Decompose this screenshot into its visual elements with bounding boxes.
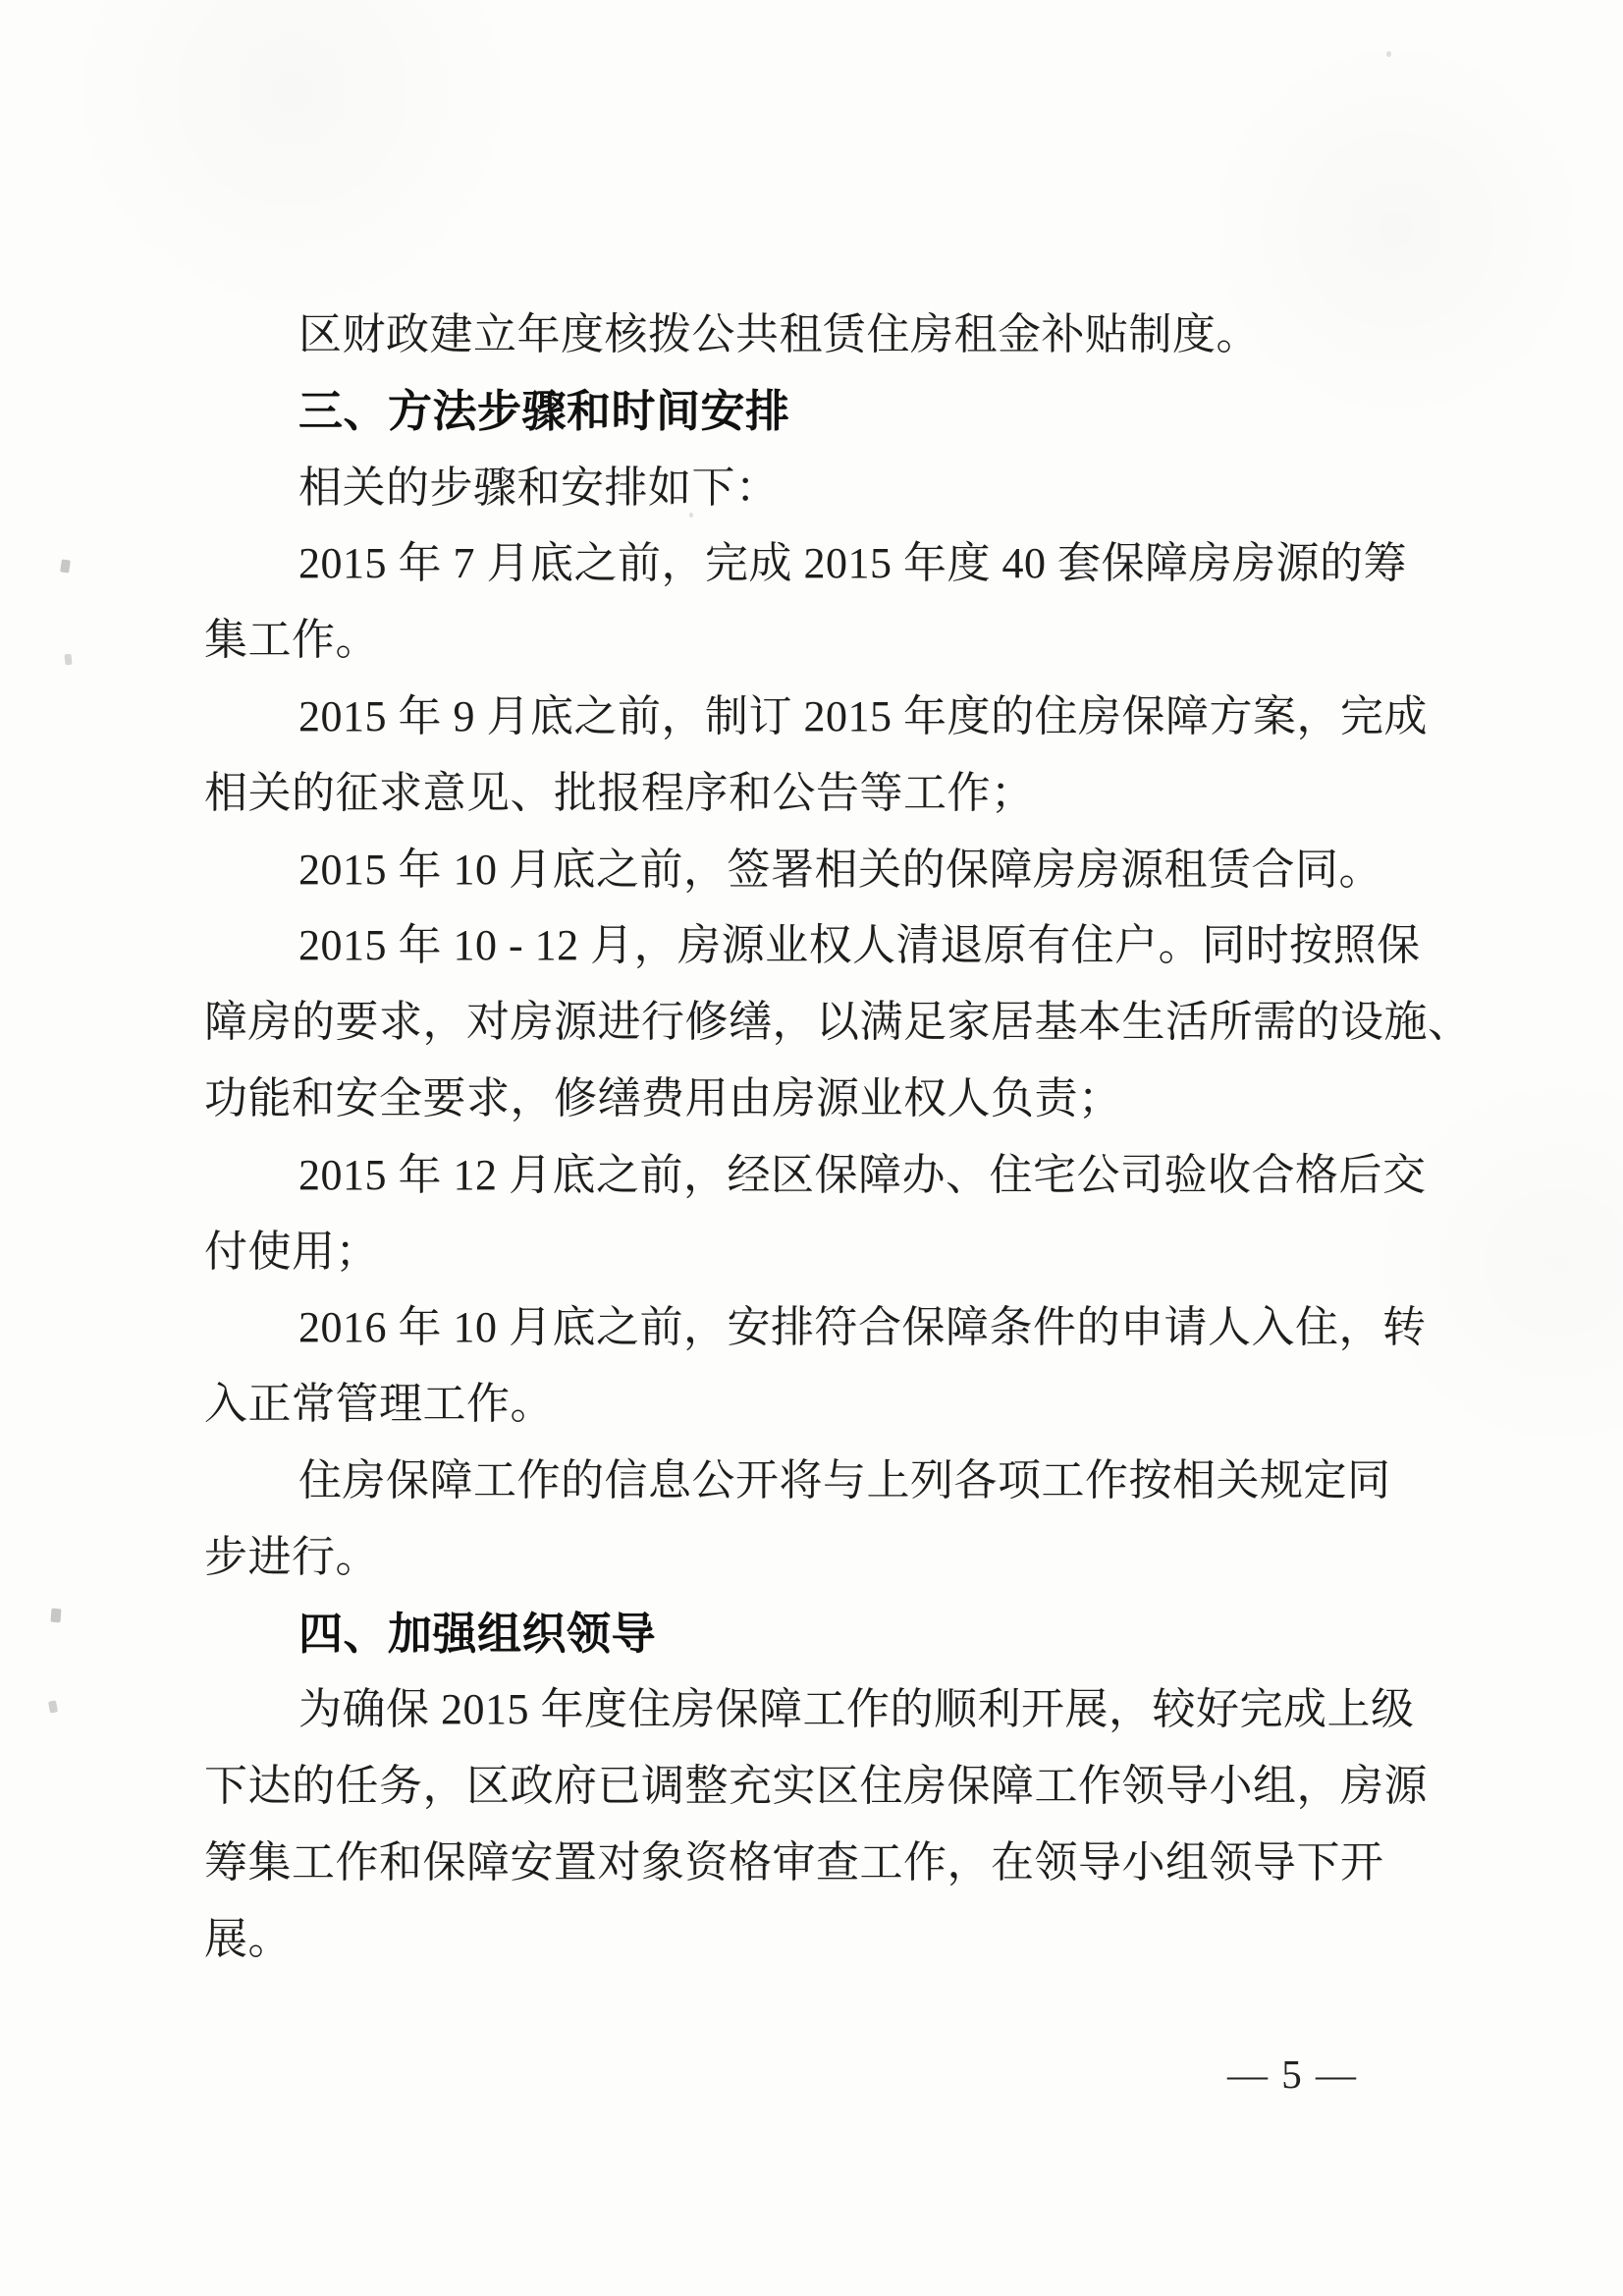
text-line: 2015 年 9 月底之前，制订 2015 年度的住房保障方案，完成 (204, 679, 1490, 755)
text-line: 筹集工作和保障安置对象资格审查工作，在领导小组领导下开 (204, 1825, 1490, 1901)
text-line: 障房的要求，对房源进行修缮，以满足家居基本生活所需的设施、 (204, 984, 1490, 1061)
scan-artifact (60, 559, 71, 573)
section-heading-3: 三、方法步骤和时间安排 (204, 373, 1490, 450)
text-line: 相关的步骤和安排如下： (204, 450, 1490, 526)
text-line: 2015 年 10 - 12 月，房源业权人清退原有住户。同时按照保 (204, 907, 1490, 984)
text-line: 为确保 2015 年度住房保障工作的顺利开展，较好完成上级 (204, 1671, 1490, 1748)
text-line: 区财政建立年度核拨公共租赁住房租金补贴制度。 (204, 297, 1490, 373)
document-page: 区财政建立年度核拨公共租赁住房租金补贴制度。 三、方法步骤和时间安排 相关的步骤… (0, 0, 1623, 2296)
section-heading-4: 四、加强组织领导 (204, 1596, 1490, 1672)
text-line: 入正常管理工作。 (204, 1366, 1490, 1443)
scan-artifact (64, 654, 72, 666)
text-line: 步进行。 (204, 1519, 1490, 1596)
scan-artifact (1386, 51, 1391, 57)
page-number: — 5 — (1227, 2045, 1358, 2104)
text-line: 2016 年 10 月底之前，安排符合保障条件的申请人入住，转 (204, 1289, 1490, 1366)
text-line: 相关的征求意见、批报程序和公告等工作； (204, 755, 1490, 832)
text-line: 住房保障工作的信息公开将与上列各项工作按相关规定同 (204, 1443, 1490, 1519)
text-line: 展。 (204, 1901, 1490, 1978)
scan-artifact (689, 513, 693, 518)
text-line: 下达的任务，区政府已调整充实区住房保障工作领导小组，房源 (204, 1748, 1490, 1825)
scan-artifact (48, 1700, 58, 1713)
text-line: 2015 年 12 月底之前，经区保障办、住宅公司验收合格后交 (204, 1137, 1490, 1214)
scan-artifact (51, 1609, 62, 1623)
text-line: 功能和安全要求，修缮费用由房源业权人负责； (204, 1061, 1490, 1137)
text-line: 2015 年 7 月底之前，完成 2015 年度 40 套保障房房源的筹 (204, 525, 1490, 602)
text-line: 集工作。 (204, 602, 1490, 679)
text-line: 2015 年 10 月底之前，签署相关的保障房房源租赁合同。 (204, 832, 1490, 908)
text-line: 付使用； (204, 1214, 1490, 1290)
document-body: 区财政建立年度核拨公共租赁住房租金补贴制度。 三、方法步骤和时间安排 相关的步骤… (204, 297, 1490, 1978)
